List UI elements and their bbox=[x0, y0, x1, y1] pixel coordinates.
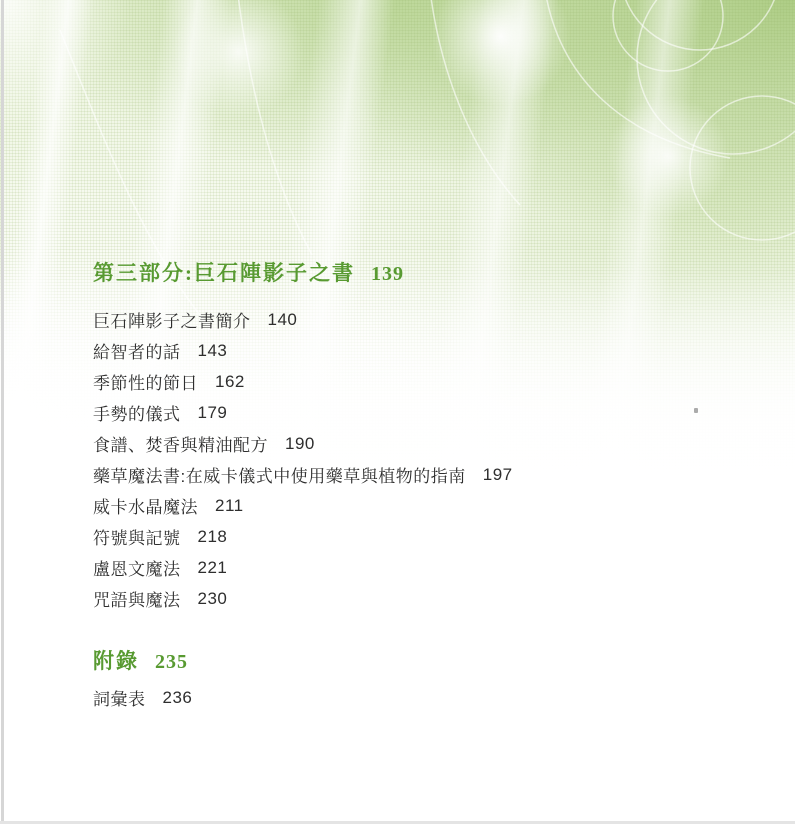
section-heading: 第三部分:巨石陣影子之書139 bbox=[93, 258, 753, 289]
toc-item-page: 179 bbox=[198, 403, 228, 423]
toc-item: 巨石陣影子之書簡介140 bbox=[93, 304, 753, 335]
table-of-contents: 第三部分:巨石陣影子之書139 巨石陣影子之書簡介140給智者的話143季節性的… bbox=[93, 258, 753, 713]
toc-item-page: 230 bbox=[198, 589, 228, 609]
section-items: 詞彙表236 bbox=[93, 682, 753, 713]
toc-item: 詞彙表236 bbox=[93, 682, 753, 713]
toc-item-title: 詞彙表 bbox=[93, 685, 146, 710]
section-title: 附錄 bbox=[93, 649, 139, 673]
section-page-number: 235 bbox=[155, 651, 188, 673]
section-items: 巨石陣影子之書簡介140給智者的話143季節性的節日162手勢的儀式179食譜、… bbox=[93, 304, 753, 614]
toc-item: 威卡水晶魔法211 bbox=[93, 490, 753, 521]
toc-item-page: 140 bbox=[268, 310, 298, 330]
toc-item-page: 162 bbox=[215, 372, 245, 392]
toc-item-page: 211 bbox=[215, 496, 244, 516]
toc-item-title: 咒語與魔法 bbox=[93, 586, 181, 611]
page-edge-left bbox=[1, 0, 4, 824]
toc-item-page: 221 bbox=[198, 558, 228, 578]
toc-item-title: 符號與記號 bbox=[93, 524, 181, 549]
toc-item-title: 手勢的儀式 bbox=[93, 400, 181, 425]
toc-item: 給智者的話143 bbox=[93, 335, 753, 366]
section-page-number: 139 bbox=[371, 263, 404, 285]
toc-item-page: 143 bbox=[198, 341, 228, 361]
toc-item-title: 藥草魔法書:在威卡儀式中使用藥草與植物的指南 bbox=[93, 462, 466, 487]
toc-item-page: 218 bbox=[198, 527, 228, 547]
toc-item: 符號與記號218 bbox=[93, 521, 753, 552]
toc-item-title: 威卡水晶魔法 bbox=[93, 493, 198, 518]
toc-item: 季節性的節日162 bbox=[93, 366, 753, 397]
toc-item-page: 190 bbox=[285, 434, 315, 454]
toc-section-part3: 第三部分:巨石陣影子之書139 巨石陣影子之書簡介140給智者的話143季節性的… bbox=[93, 258, 753, 614]
toc-item-title: 巨石陣影子之書簡介 bbox=[93, 307, 251, 332]
book-page: 第三部分:巨石陣影子之書139 巨石陣影子之書簡介140給智者的話143季節性的… bbox=[0, 0, 795, 824]
toc-item-title: 盧恩文魔法 bbox=[93, 555, 181, 580]
toc-item-title: 食譜、焚香與精油配方 bbox=[93, 431, 268, 456]
section-heading: 附錄235 bbox=[93, 646, 753, 677]
toc-section-appendix: 附錄235 詞彙表236 bbox=[93, 646, 753, 713]
toc-item: 咒語與魔法230 bbox=[93, 583, 753, 614]
toc-item-title: 季節性的節日 bbox=[93, 369, 198, 394]
toc-item-title: 給智者的話 bbox=[93, 338, 181, 363]
toc-item: 藥草魔法書:在威卡儀式中使用藥草與植物的指南197 bbox=[93, 459, 753, 490]
toc-item-page: 197 bbox=[483, 465, 513, 485]
toc-item: 手勢的儀式179 bbox=[93, 397, 753, 428]
section-title: 第三部分:巨石陣影子之書 bbox=[93, 261, 355, 285]
toc-item: 食譜、焚香與精油配方190 bbox=[93, 428, 753, 459]
toc-item-page: 236 bbox=[163, 688, 193, 708]
toc-item: 盧恩文魔法221 bbox=[93, 552, 753, 583]
